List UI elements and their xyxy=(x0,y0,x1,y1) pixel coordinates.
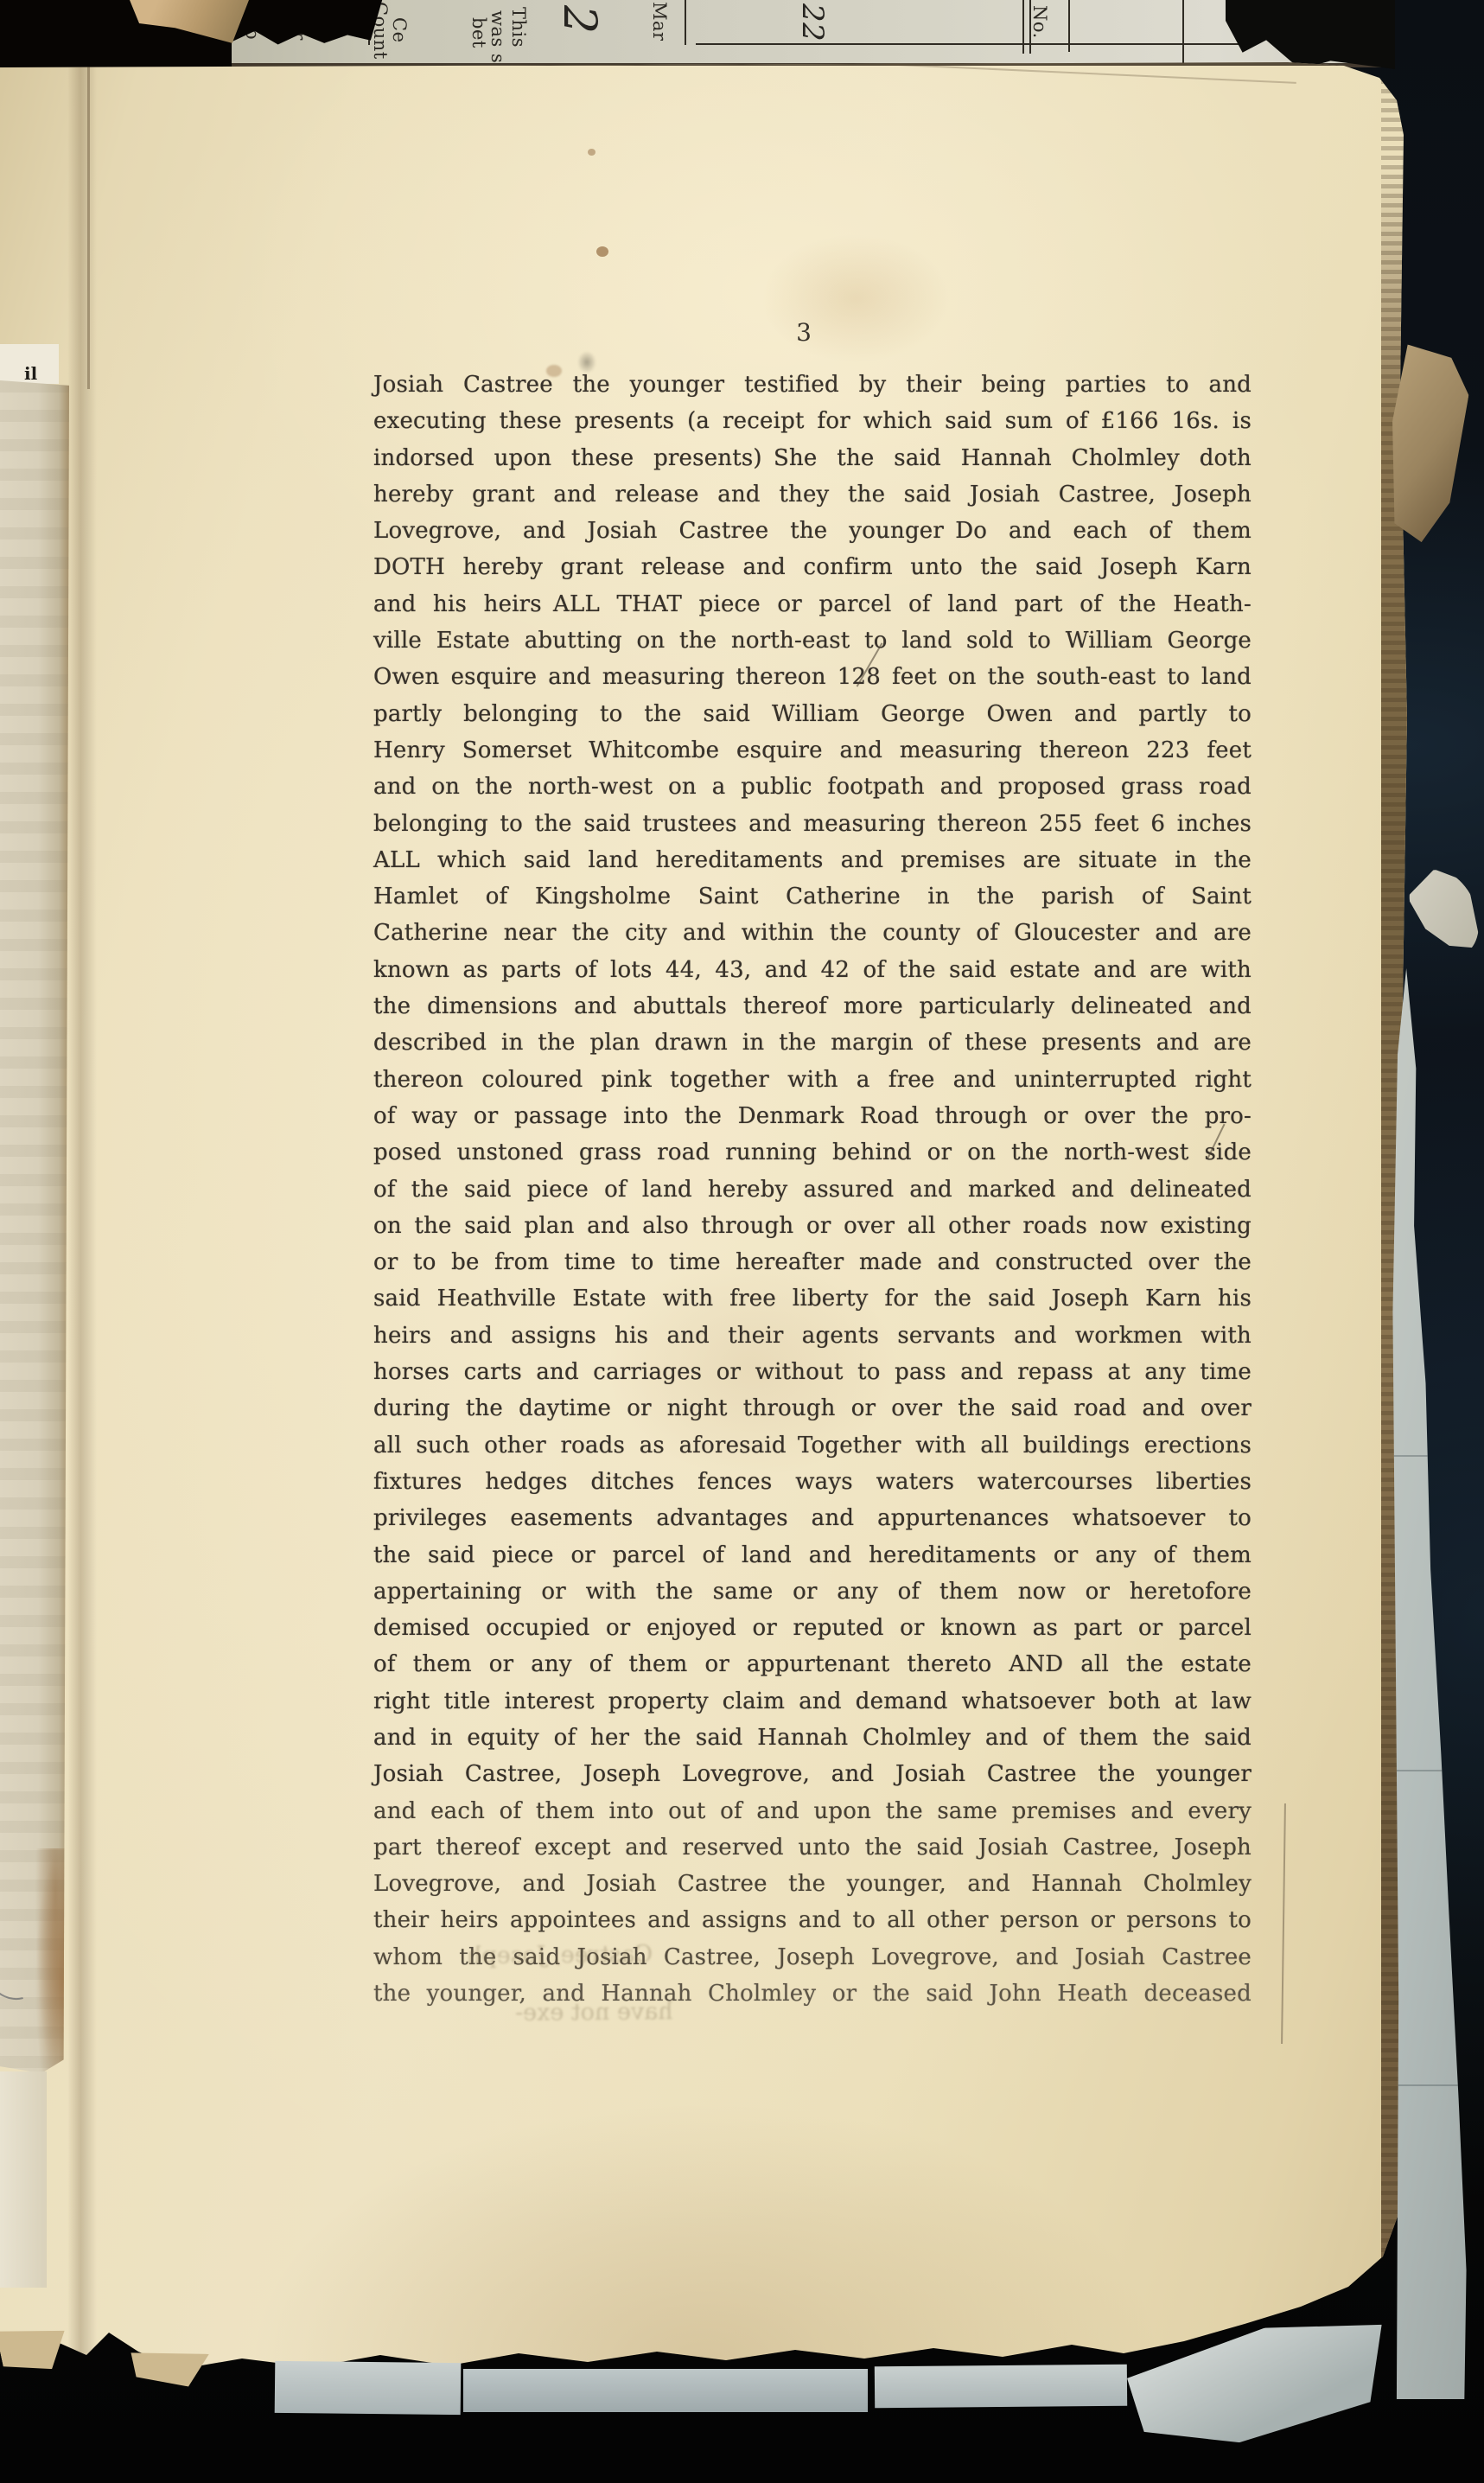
text-line: of the said piece of land hereby assured… xyxy=(373,1171,1252,1208)
text-line: described in the plan drawn in the margi… xyxy=(373,1024,1252,1061)
text-line: Josiah Castree, Joseph Lovegrove, and Jo… xyxy=(373,1756,1252,1792)
text-block: Josiah Castree the younger testified by … xyxy=(373,367,1252,2012)
under-paper-bottom-strip xyxy=(875,2365,1127,2409)
under-page-table-rule-v3 xyxy=(1022,0,1024,54)
text-line: indorsed upon these presents) She the sa… xyxy=(373,440,1252,476)
under-page-top-strip: toC“sh“or“BithBCountCebetwas sThisMarNo.… xyxy=(232,0,1390,67)
text-line: during the daytime or night through or o… xyxy=(373,1390,1252,1427)
text-line: horses carts and carriages or without to… xyxy=(373,1354,1252,1390)
under-page-text-fragment: This xyxy=(508,7,529,48)
text-line: hereby grant and release and they the sa… xyxy=(373,476,1252,513)
under-page-fragments: toC“sh“or“BithBCountCebetwas sThisMarNo.… xyxy=(232,0,1390,67)
text-line: Lovegrove, and Josiah Castree the younge… xyxy=(373,1866,1252,1902)
under-page-text-fragment: was s xyxy=(487,10,508,63)
under-page-text-fragment: No. xyxy=(1029,5,1050,39)
under-paper-bottom-strip xyxy=(275,2361,462,2415)
under-page-text-fragment: Mar xyxy=(649,2,670,41)
text-line: Josiah Castree the younger testified by … xyxy=(373,367,1252,403)
text-line: and each of them into out of and upon th… xyxy=(373,1793,1252,1829)
text-line: demised occupied or enjoyed or reputed o… xyxy=(373,1610,1252,1646)
text-line: of way or passage into the Denmark Road … xyxy=(373,1098,1252,1134)
archival-photograph: { "document": { "page_number": "3", "lin… xyxy=(0,0,1484,2483)
text-line: privileges easements advantages and appu… xyxy=(373,1500,1252,1536)
text-line: Hamlet of Kingsholme Saint Catherine in … xyxy=(373,878,1252,915)
text-line: belonging to the said trustees and measu… xyxy=(373,806,1252,842)
text-line: said Heathville Estate with free liberty… xyxy=(373,1280,1252,1317)
text-line: part thereof except and reserved unto th… xyxy=(373,1829,1252,1866)
text-line: ALL which said land hereditaments and pr… xyxy=(373,842,1252,878)
under-paper-lower-strip xyxy=(0,2071,47,2288)
text-line: DOTH hereby grant release and confirm un… xyxy=(373,549,1252,585)
text-line: known as parts of lots 44, 43, and 42 of… xyxy=(373,952,1252,988)
text-line: ville Estate abutting on the north-east … xyxy=(373,622,1252,659)
under-page-table-rule-v2 xyxy=(685,0,686,45)
text-line: and his heirs ALL THAT piece or parcel o… xyxy=(373,586,1252,622)
paper-seam xyxy=(1381,1455,1478,1457)
text-line: partly belonging to the said William Geo… xyxy=(373,696,1252,732)
text-line: executing these presents (a receipt for … xyxy=(373,403,1252,439)
page-crease xyxy=(882,63,1296,84)
page-number: 3 xyxy=(774,318,834,347)
text-line: the younger, and Hannah Cholmley or the … xyxy=(373,1976,1252,2012)
foxing-spot xyxy=(596,246,608,257)
text-line: and in equity of her the said Hannah Cho… xyxy=(373,1720,1252,1756)
foxing-spot xyxy=(588,149,596,156)
show-through-text: Castree, Joseph xyxy=(467,1941,653,1969)
under-page-table-rule-h xyxy=(696,43,1249,45)
text-line: Owen esquire and measuring thereon 128 f… xyxy=(373,659,1252,695)
torn-paper-hook xyxy=(1402,860,1484,965)
text-line: appertaining or with the same or any of … xyxy=(373,1573,1252,1610)
show-through-text: have not exe- xyxy=(515,1998,673,2027)
under-paper-bottom-strip xyxy=(463,2369,868,2412)
text-line: fixtures hedges ditches fences ways wate… xyxy=(373,1464,1252,1500)
text-line: the said piece or parcel of land and her… xyxy=(373,1537,1252,1573)
text-line: Lovegrove, and Josiah Castree the younge… xyxy=(373,513,1252,549)
under-page-handwriting: 22 xyxy=(795,3,830,41)
text-line: all such other roads as aforesaid Togeth… xyxy=(373,1427,1252,1464)
under-page-table-rule-v5 xyxy=(1068,0,1070,52)
under-page-text-fragment: Ce xyxy=(389,17,410,43)
text-line: and on the north-west on a public footpa… xyxy=(373,769,1252,805)
text-line: of them or any of them or appurtenant th… xyxy=(373,1646,1252,1682)
text-line: Henry Somerset Whitcombe esquire and mea… xyxy=(373,732,1252,769)
document-page: 3 Josiah Castree the younger testified b… xyxy=(0,61,1411,2386)
text-line: their heirs appointees and assigns and t… xyxy=(373,1902,1252,1938)
text-line: right title interest property claim and … xyxy=(373,1683,1252,1720)
under-paper-left-strip xyxy=(0,380,69,2073)
text-line: thereon coloured pink together with a fr… xyxy=(373,1062,1252,1098)
under-page-table-rule-v4 xyxy=(1029,0,1031,54)
text-line: heirs and assigns his and their agents s… xyxy=(373,1318,1252,1354)
text-line: the dimensions and abuttals thereof more… xyxy=(373,988,1252,1024)
under-page-handwriting: 2 xyxy=(553,5,605,35)
text-line: Catherine near the city and within the c… xyxy=(373,915,1252,951)
under-page-text-fragment: bet xyxy=(468,17,489,48)
under-page-table-rule-v6 xyxy=(1182,0,1184,64)
text-line: on the said plan and also through or ove… xyxy=(373,1208,1252,1244)
gutter-fold-line xyxy=(87,61,90,389)
text-line: or to be from time to time hereafter mad… xyxy=(373,1244,1252,1280)
gutter-fold-shadow xyxy=(67,61,97,2386)
text-line: posed unstoned grass road running behind… xyxy=(373,1134,1252,1171)
under-paper-ink-mark: il xyxy=(24,363,37,384)
